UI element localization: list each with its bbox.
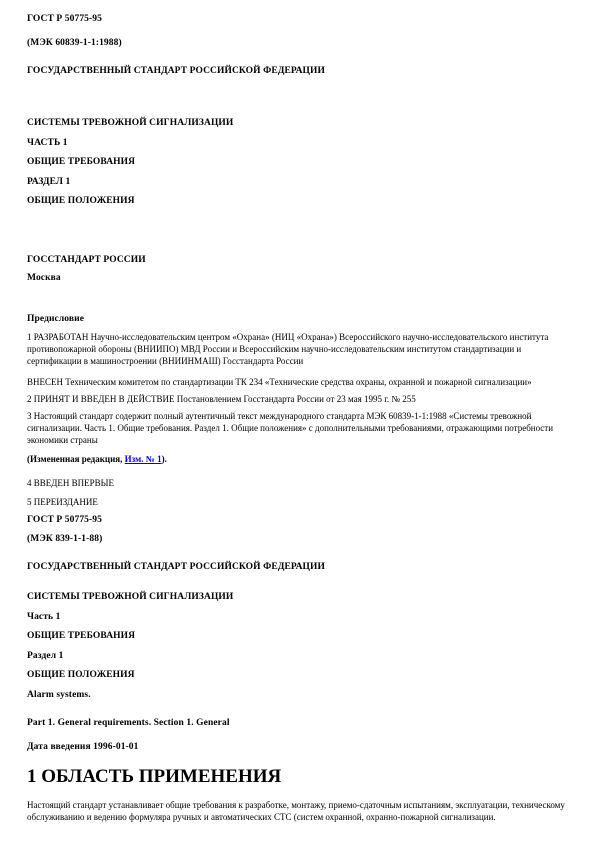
document-page: ГОСТ Р 50775-95 (МЭК 60839-1-1:1988) ГОС… <box>0 0 595 842</box>
amendment-link[interactable]: Изм. № 1 <box>125 454 162 464</box>
city: Москва <box>27 273 565 284</box>
foreword-item-first-introduced: 4 ВВЕДЕН ВПЕРВЫЕ <box>27 477 565 489</box>
title-line-general-requirements: ОБЩИЕ ТРЕБОВАНИЯ <box>27 157 565 168</box>
iec-reference-top: (МЭК 60839-1-1:1988) <box>27 38 565 49</box>
foreword-item-developed: 1 РАЗРАБОТАН Научно-исследовательским це… <box>27 331 565 367</box>
state-standard-label-top: ГОСУДАРСТВЕННЫЙ СТАНДАРТ РОССИЙСКОЙ ФЕДЕ… <box>27 66 565 77</box>
amendment-note: (Измененная редакция, Изм. № 1). <box>27 453 565 465</box>
title-ru-line-systems: СИСТЕМЫ ТРЕВОЖНОЙ СИГНАЛИЗАЦИИ <box>27 592 565 603</box>
title-line-systems: СИСТЕМЫ ТРЕВОЖНОЙ СИГНАЛИЗАЦИИ <box>27 118 565 129</box>
iec-reference: (МЭК 839-1-1-88) <box>27 534 565 545</box>
amendment-note-prefix: (Измененная редакция, <box>27 454 125 464</box>
section-1-heading: 1 ОБЛАСТЬ ПРИМЕНЕНИЯ <box>27 766 565 788</box>
title-line-part: ЧАСТЬ 1 <box>27 138 565 149</box>
foreword-item-reissue: 5 ПЕРЕИЗДАНИЕ <box>27 496 565 508</box>
title-en-part: Part 1. General requirements. Section 1.… <box>27 718 565 729</box>
foreword-heading: Предисловие <box>27 314 565 325</box>
title-en-alarm-systems: Alarm systems. <box>27 690 565 701</box>
gost-number: ГОСТ Р 50775-95 <box>27 515 565 526</box>
foreword-item-contains: 3 Настоящий стандарт содержит полный аут… <box>27 410 565 446</box>
title-ru-line-section: Раздел 1 <box>27 651 565 662</box>
title-line-section: РАЗДЕЛ 1 <box>27 177 565 188</box>
state-standard-label: ГОСУДАРСТВЕННЫЙ СТАНДАРТ РОССИЙСКОЙ ФЕДЕ… <box>27 562 565 573</box>
publisher: ГОССТАНДАРТ РОССИИ <box>27 255 565 266</box>
title-ru-line-general-requirements: ОБЩИЕ ТРЕБОВАНИЯ <box>27 631 565 642</box>
gost-number-top: ГОСТ Р 50775-95 <box>27 14 565 25</box>
title-ru-line-general: ОБЩИЕ ПОЛОЖЕНИЯ <box>27 670 565 681</box>
section-1-paragraph: Настоящий стандарт устанавливает общие т… <box>27 799 565 823</box>
title-line-general: ОБЩИЕ ПОЛОЖЕНИЯ <box>27 196 565 207</box>
title-ru-line-part: Часть 1 <box>27 612 565 623</box>
foreword-submitted: ВНЕСЕН Техническим комитетом по стандарт… <box>27 376 565 388</box>
amendment-note-suffix: ). <box>162 454 167 464</box>
effective-date: Дата введения 1996-01-01 <box>27 742 565 753</box>
foreword-item-adopted: 2 ПРИНЯТ И ВВЕДЕН В ДЕЙСТВИЕ Постановлен… <box>27 393 565 405</box>
